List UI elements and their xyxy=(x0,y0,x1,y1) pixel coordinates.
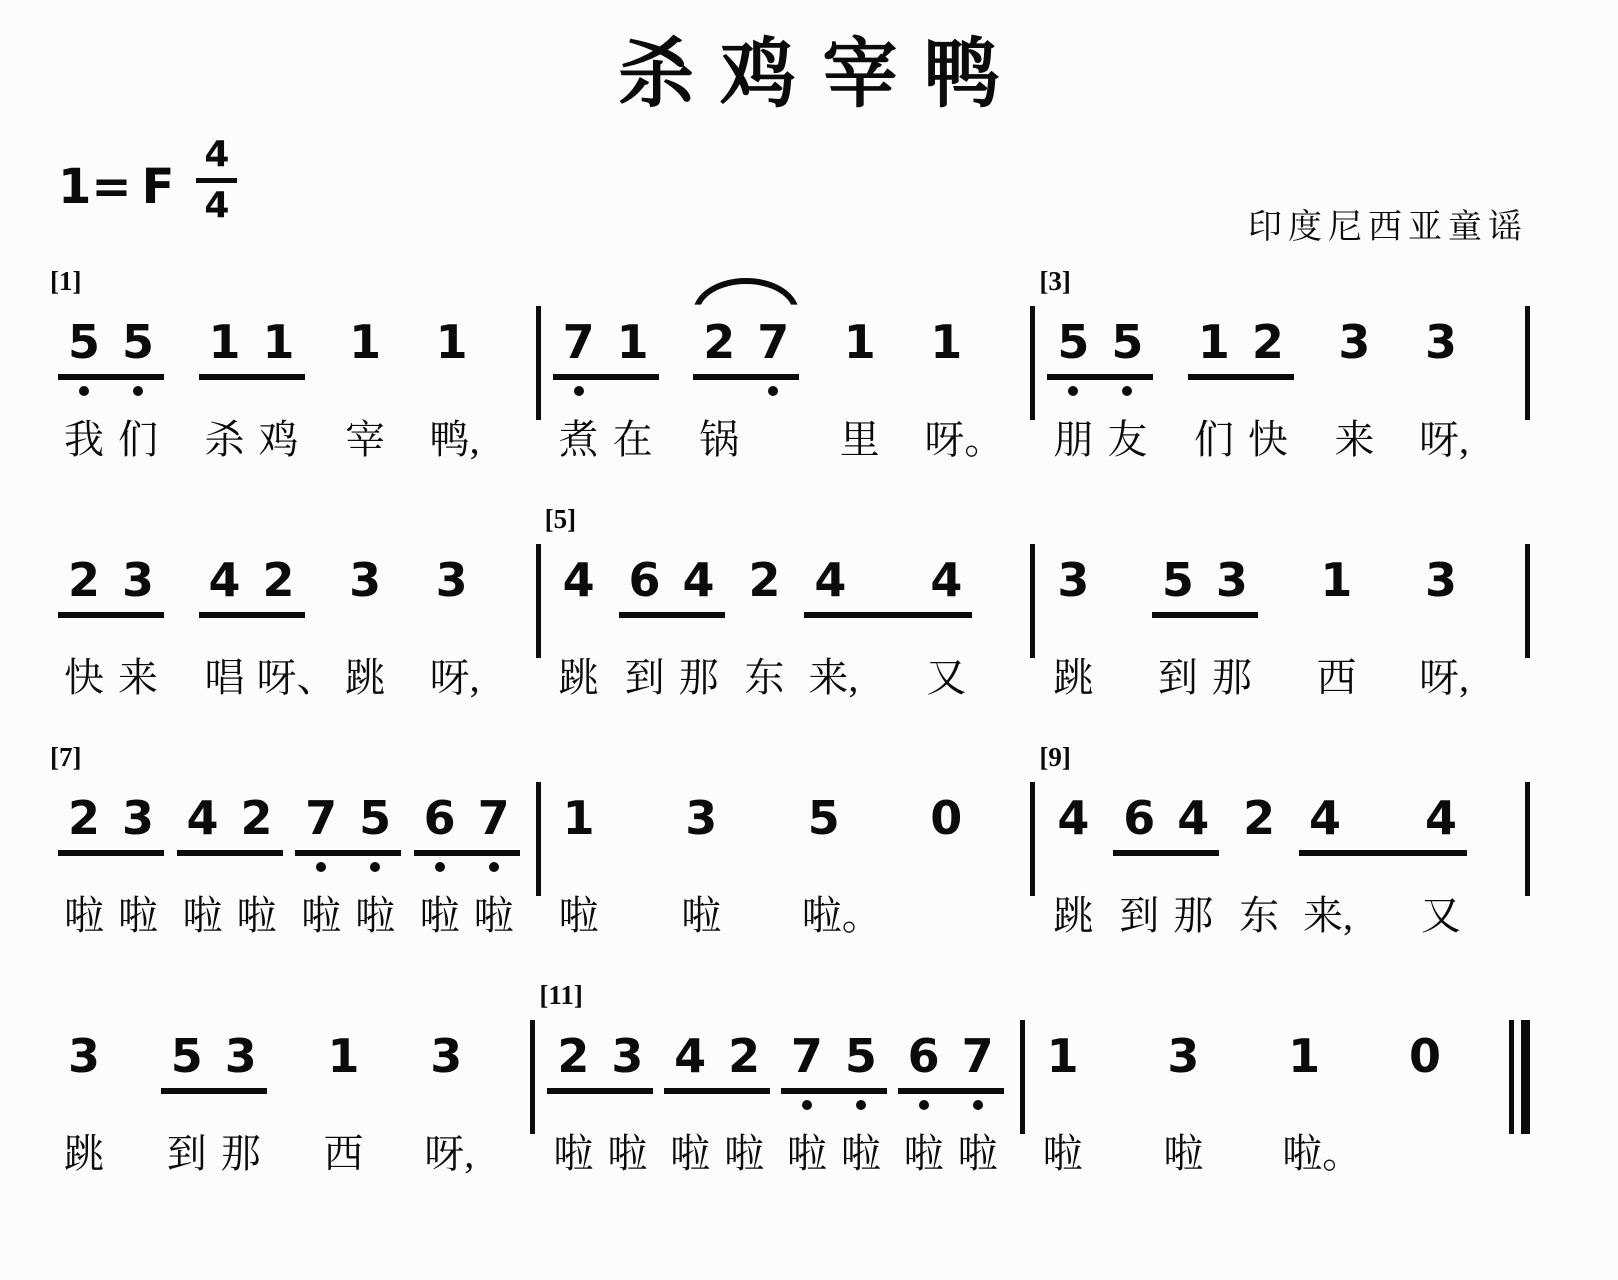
measure-number-marker: [1] xyxy=(46,264,536,314)
octave-dot-slot xyxy=(62,380,106,398)
note-unit: 23啦啦 xyxy=(547,1028,653,1182)
octave-dots-row xyxy=(1415,618,1467,636)
lyric-syllable xyxy=(924,892,968,944)
octave-dots-row xyxy=(1047,856,1099,874)
note-digit: 5 xyxy=(802,790,846,846)
note-digit: 2 xyxy=(722,1028,766,1084)
lyrics-row: 呀。 xyxy=(920,416,972,468)
measure-notes-row: 23啦啦42啦啦75啦啦67啦啦 xyxy=(46,790,536,944)
beamed-note-group: 67 xyxy=(898,1028,1004,1094)
note-unit: 1啦 xyxy=(1037,1028,1089,1182)
octave-dot-slot xyxy=(1041,1094,1085,1112)
octave-dots-row xyxy=(1047,618,1099,636)
lyrics-row: 西 xyxy=(1310,654,1362,706)
lyric-syllable: 东 xyxy=(742,654,786,706)
measure-number-marker: [9] xyxy=(1035,740,1525,790)
lyric-syllable: 啦 xyxy=(839,1130,883,1182)
lyrics-row: 啦 xyxy=(553,892,605,944)
octave-dot-slot xyxy=(1332,380,1376,398)
lyric-syllable: 杀 xyxy=(203,416,247,468)
note-digit: 0 xyxy=(1403,1028,1447,1084)
octave-dot-slot xyxy=(235,856,279,874)
final-barline xyxy=(1509,1020,1530,1134)
note-digit: 3 xyxy=(116,552,160,608)
note-digit: 3 xyxy=(219,1028,263,1084)
note-digit: 4 xyxy=(677,552,721,608)
note-group: 3 xyxy=(1328,314,1380,380)
octave-dot-slot xyxy=(679,856,723,874)
note-unit: 4跳 xyxy=(1047,790,1099,944)
note-digit: 6 xyxy=(902,1028,946,1084)
note-group: 1 xyxy=(834,314,886,380)
song-title: 杀鸡宰鸭 xyxy=(0,26,1618,122)
octave-dot-slot xyxy=(838,380,882,398)
octave-dot xyxy=(973,1100,983,1110)
octave-dots-row xyxy=(1415,380,1467,398)
lyric-syllable: 呀、 xyxy=(257,654,301,706)
note-digit: 5 xyxy=(62,314,106,370)
beamed-note-group: 64 xyxy=(1113,790,1219,856)
beamed-note-group: 42 xyxy=(199,552,305,618)
lyrics-row: 啦 xyxy=(1037,1130,1089,1182)
octave-dot xyxy=(370,862,380,872)
lyric-syllable: 来 xyxy=(116,654,160,706)
octave-dot-slot xyxy=(181,856,225,874)
octave-dot-slot xyxy=(697,380,741,398)
note-unit: 53到那 xyxy=(1152,552,1258,706)
lyrics-row: 呀, xyxy=(1415,416,1467,468)
lyrics-row xyxy=(920,892,972,944)
octave-dots-row xyxy=(1157,1094,1209,1112)
lyrics-row: 啦 xyxy=(1157,1130,1209,1182)
octave-dot-slot xyxy=(1237,856,1281,874)
note-group: 3 xyxy=(426,552,478,618)
note-unit: 2东 xyxy=(738,552,790,706)
measure-notes-row: 4跳64到那2东44来,又 xyxy=(1035,790,1525,944)
note-unit: 1西 xyxy=(1310,552,1362,706)
lyrics-row: 到那 xyxy=(161,1130,267,1182)
lyric-syllable: 啦 xyxy=(353,892,397,944)
lyrics-row: 啦啦 xyxy=(58,892,164,944)
measure: 1啦3啦1啦。0 xyxy=(1025,978,1509,1182)
octave-dot-slot xyxy=(1419,856,1463,874)
octave-dots-row xyxy=(1047,380,1153,398)
octave-dot-slot xyxy=(322,1094,366,1112)
octave-dot-slot xyxy=(839,1094,883,1112)
note-unit: 3跳 xyxy=(1047,552,1099,706)
note-digit: 4 xyxy=(1419,790,1463,846)
lyric-syllable: 啦 xyxy=(181,892,225,944)
note-unit: 42啦啦 xyxy=(177,790,283,944)
octave-dot-slot xyxy=(257,618,301,636)
lyrics-row: 啦啦 xyxy=(781,1130,887,1182)
notation-system: 3跳53到那1西3呀,[11]23啦啦42啦啦75啦啦67啦啦1啦3啦1啦。0 xyxy=(46,978,1530,1182)
note-unit: 64到那 xyxy=(1113,790,1219,944)
octave-dot-slot xyxy=(1051,856,1095,874)
note-unit: 1里 xyxy=(834,314,886,468)
note-digit: 6 xyxy=(1117,790,1161,846)
note-group: 2 xyxy=(738,552,790,618)
measure: [3]55朋友12们快3来3呀, xyxy=(1035,264,1525,468)
measure-notes-row: 3跳53到那1西3呀, xyxy=(46,1028,530,1182)
octave-dots-row xyxy=(58,1094,110,1112)
lyrics-row: 到那 xyxy=(1113,892,1219,944)
note-digit: 7 xyxy=(299,790,343,846)
octave-dot-slot xyxy=(1161,1094,1205,1112)
meter-numerator: 4 xyxy=(196,134,237,183)
octave-dots-row xyxy=(339,380,391,398)
octave-dots-row xyxy=(1299,856,1467,874)
octave-dot-slot xyxy=(418,856,462,874)
measure-notes-row: 1啦3啦1啦。0 xyxy=(1025,1028,1509,1182)
octave-dot-slot xyxy=(1192,380,1236,398)
octave-dot-slot xyxy=(62,1094,106,1112)
octave-dot-slot xyxy=(924,618,968,636)
measure-number-marker xyxy=(541,740,1031,790)
octave-dots-row xyxy=(1233,856,1285,874)
note-group: 3 xyxy=(420,1028,472,1094)
lyric-syllable: 到 xyxy=(1117,892,1161,944)
note-unit: 3跳 xyxy=(58,1028,110,1182)
octave-dot xyxy=(1068,386,1078,396)
measure-notes-row: 55我们11杀鸡1宰1鸭, xyxy=(46,314,536,468)
octave-dot-slot xyxy=(1303,856,1347,874)
note-unit: 27锅 xyxy=(693,314,799,468)
octave-dots-row xyxy=(804,618,972,636)
final-barline-thick xyxy=(1521,1020,1530,1134)
note-digit: 2 xyxy=(1237,790,1281,846)
octave-dots-row xyxy=(1399,1094,1451,1112)
measure: [9]4跳64到那2东44来,又 xyxy=(1035,740,1525,944)
measure: 3跳53到那1西3呀, xyxy=(1035,502,1525,706)
octave-dot-slot xyxy=(299,856,343,874)
barline xyxy=(1525,782,1530,896)
octave-dot-slot xyxy=(611,380,655,398)
beamed-note-group: 67 xyxy=(414,790,520,856)
octave-dot-slot xyxy=(722,1094,766,1112)
note-digit: 3 xyxy=(679,790,723,846)
octave-dots-row xyxy=(1037,1094,1089,1112)
lyrics-row: 锅 xyxy=(693,416,799,468)
octave-dot-slot xyxy=(116,618,160,636)
lyric-syllable: 东 xyxy=(1237,892,1281,944)
lyric-syllable: 那 xyxy=(677,654,721,706)
lyric-syllable: 又 xyxy=(924,654,968,706)
octave-dots-row xyxy=(898,1094,1004,1112)
note-unit: 23啦啦 xyxy=(58,790,164,944)
note-digit: 4 xyxy=(557,552,601,608)
note-digit: 1 xyxy=(1041,1028,1085,1084)
octave-dots-row xyxy=(1328,380,1380,398)
note-digit: 5 xyxy=(165,1028,209,1084)
octave-dot xyxy=(133,386,143,396)
octave-dot-slot xyxy=(605,1094,649,1112)
octave-dots-row xyxy=(295,856,401,874)
measure-notes-row: 1啦3啦5啦。0 xyxy=(541,790,1031,944)
note-digit: 7 xyxy=(557,314,601,370)
note-digit: 1 xyxy=(257,314,301,370)
note-group: 0 xyxy=(1399,1028,1451,1094)
octave-dot-slot xyxy=(257,380,301,398)
octave-dot-slot xyxy=(623,618,667,636)
measure-number-marker xyxy=(46,502,536,552)
lyrics-row: 啦 xyxy=(675,892,727,944)
lyrics-row: 跳 xyxy=(339,654,391,706)
octave-dots-row xyxy=(318,1094,370,1112)
note-digit: 1 xyxy=(343,314,387,370)
note-unit: 1西 xyxy=(318,1028,370,1182)
lyrics-row: 啦啦 xyxy=(547,1130,653,1182)
note-digit: 4 xyxy=(808,552,852,608)
lyric-syllable: 跳 xyxy=(1051,654,1095,706)
measure: [7]23啦啦42啦啦75啦啦67啦啦 xyxy=(46,740,536,944)
note-group: 1 xyxy=(1037,1028,1089,1094)
measure-number-marker: [7] xyxy=(46,740,536,790)
measure-notes-row: 71煮在27锅1里1呀。 xyxy=(541,314,1031,468)
note-unit: 2东 xyxy=(1233,790,1285,944)
octave-dot-slot xyxy=(902,1094,946,1112)
lyrics-row: 到那 xyxy=(1152,654,1258,706)
note-unit: 53到那 xyxy=(161,1028,267,1182)
lyrics-row: 们快 xyxy=(1188,416,1294,468)
note-digit: 3 xyxy=(1051,552,1095,608)
note-group: 3 xyxy=(1047,552,1099,618)
note-digit: 1 xyxy=(557,790,601,846)
note-unit: 1啦 xyxy=(553,790,605,944)
lyric-syllable: 友 xyxy=(1105,416,1149,468)
lyric-syllable: 那 xyxy=(219,1130,263,1182)
octave-dot-slot xyxy=(1051,618,1095,636)
lyrics-row: 杀鸡 xyxy=(199,416,305,468)
lyric-syllable: 那 xyxy=(1210,654,1254,706)
lyric-syllable: 在 xyxy=(611,416,655,468)
octave-dots-row xyxy=(58,380,164,398)
measure: 3跳53到那1西3呀, xyxy=(46,978,530,1182)
octave-dots-row xyxy=(339,618,391,636)
octave-dots-row xyxy=(553,618,605,636)
octave-dot-slot xyxy=(668,1094,712,1112)
note-group: 1 xyxy=(318,1028,370,1094)
lyric-syllable: 唱 xyxy=(203,654,247,706)
octave-dot-slot xyxy=(677,618,721,636)
note-digit: 4 xyxy=(1051,790,1095,846)
lyric-syllable: 快 xyxy=(1246,416,1290,468)
octave-dot xyxy=(316,862,326,872)
note-group: 1 xyxy=(920,314,972,380)
lyric-syllable xyxy=(751,416,795,468)
note-digit: 4 xyxy=(181,790,225,846)
octave-dot-slot xyxy=(802,856,846,874)
note-group: 3 xyxy=(1415,314,1467,380)
note-digit: 5 xyxy=(1051,314,1095,370)
note-digit: 3 xyxy=(1419,314,1463,370)
octave-dots-row xyxy=(834,380,886,398)
barline xyxy=(1525,544,1530,658)
octave-dot-slot xyxy=(557,380,601,398)
lyric-syllable: 跳 xyxy=(557,654,601,706)
note-digit: 2 xyxy=(551,1028,595,1084)
note-digit: 5 xyxy=(839,1028,883,1084)
octave-dot-slot xyxy=(1403,1094,1447,1112)
octave-dots-row xyxy=(738,618,790,636)
note-unit: 5啦。 xyxy=(798,790,850,944)
measure-notes-row: 23快来42唱呀、3跳3呀, xyxy=(46,552,536,706)
beamed-note-group: 23 xyxy=(547,1028,653,1094)
octave-dot-slot xyxy=(1419,618,1463,636)
octave-dot-slot xyxy=(343,618,387,636)
lyric-syllable: 又 xyxy=(1419,892,1463,944)
note-unit: 3呀, xyxy=(420,1028,472,1182)
lyric-syllable: 啦 xyxy=(299,892,343,944)
note-unit: 3呀, xyxy=(1415,314,1467,468)
note-digit: 4 xyxy=(203,552,247,608)
note-group: 4 xyxy=(553,552,605,618)
lyrics-row xyxy=(1399,1130,1451,1182)
octave-dot-slot xyxy=(557,856,601,874)
lyrics-row: 呀, xyxy=(426,654,478,706)
note-group: 4 xyxy=(1047,790,1099,856)
lyrics-row: 鸭, xyxy=(426,416,478,468)
note-digit: 2 xyxy=(235,790,279,846)
note-group: 3 xyxy=(1415,552,1467,618)
beamed-note-group: 75 xyxy=(295,790,401,856)
octave-dots-row xyxy=(199,380,305,398)
octave-dots-row xyxy=(798,856,850,874)
octave-dot-slot xyxy=(1117,856,1161,874)
octave-dots-row xyxy=(58,856,164,874)
time-signature: 4 4 xyxy=(196,134,237,227)
octave-dots-row xyxy=(664,1094,770,1112)
lyric-syllable: 啦 xyxy=(551,1130,595,1182)
lyric-syllable: 啦 xyxy=(472,892,516,944)
note-digit: 1 xyxy=(838,314,882,370)
lyric-syllable: 啦。 xyxy=(802,892,846,944)
octave-dots-row xyxy=(420,1094,472,1112)
note-digit: 2 xyxy=(62,790,106,846)
lyric-syllable: 啦 xyxy=(62,892,106,944)
beamed-note-group: 23 xyxy=(58,552,164,618)
note-unit: 44来,又 xyxy=(804,552,972,706)
octave-dot-slot xyxy=(343,380,387,398)
note-group: 0 xyxy=(920,790,972,856)
measure-number-marker: [11] xyxy=(535,978,1019,1028)
note-digit: 3 xyxy=(605,1028,649,1084)
measure-number-marker: [3] xyxy=(1035,264,1525,314)
lyrics-row: 唱呀、 xyxy=(199,654,305,706)
lyric-syllable: 朋 xyxy=(1051,416,1095,468)
lyric-syllable: 呀, xyxy=(424,1130,468,1182)
lyric-syllable: 啦 xyxy=(956,1130,1000,1182)
notation-system: 23快来42唱呀、3跳3呀,[5]4跳64到那2东44来,又3跳53到那1西3呀… xyxy=(46,502,1530,706)
lyric-syllable: 们 xyxy=(116,416,160,468)
octave-dot-slot xyxy=(924,856,968,874)
lyric-syllable: 西 xyxy=(322,1130,366,1182)
lyrics-row: 呀, xyxy=(420,1130,472,1182)
octave-dot-slot xyxy=(203,618,247,636)
measure-notes-row: 55朋友12们快3来3呀, xyxy=(1035,314,1525,468)
octave-dot-slot xyxy=(1314,618,1358,636)
octave-dots-row xyxy=(177,856,283,874)
note-unit: 12们快 xyxy=(1188,314,1294,468)
octave-dot-slot xyxy=(165,1094,209,1112)
attribution: 印度尼西亚童谣 xyxy=(1248,208,1528,248)
lyric-syllable xyxy=(1403,1130,1447,1182)
key-prefix: 1= xyxy=(58,160,132,214)
octave-dots-row xyxy=(1188,380,1294,398)
octave-dot-slot xyxy=(551,1094,595,1112)
lyrics-row: 啦。 xyxy=(798,892,850,944)
beamed-note-group: 44 xyxy=(1299,790,1467,856)
note-digit: 1 xyxy=(1314,552,1358,608)
note-digit: 3 xyxy=(343,552,387,608)
lyric-syllable: 那 xyxy=(1171,892,1215,944)
lyric-syllable: 啦 xyxy=(785,1130,829,1182)
beamed-note-group: 42 xyxy=(664,1028,770,1094)
beamed-note-group: 23 xyxy=(58,790,164,856)
octave-dot xyxy=(856,1100,866,1110)
octave-dots-row xyxy=(920,380,972,398)
note-group: 2 xyxy=(1233,790,1285,856)
lyric-syllable: 我 xyxy=(62,416,106,468)
note-unit: 23快来 xyxy=(58,552,164,706)
lyric-syllable: 锅 xyxy=(697,416,741,468)
note-digit: 4 xyxy=(924,552,968,608)
octave-dot-slot xyxy=(219,1094,263,1112)
measure-notes-row: 3跳53到那1西3呀, xyxy=(1035,552,1525,706)
octave-dots-row xyxy=(199,618,305,636)
note-digit: 5 xyxy=(1105,314,1149,370)
note-group: 3 xyxy=(675,790,727,856)
octave-dots-row xyxy=(920,856,972,874)
note-digit: 1 xyxy=(203,314,247,370)
lyric-syllable: 煮 xyxy=(557,416,601,468)
lyric-syllable: 啦 xyxy=(1041,1130,1085,1182)
octave-dot-slot xyxy=(116,380,160,398)
octave-dot-slot xyxy=(956,1094,1000,1112)
octave-dot-slot xyxy=(1105,380,1149,398)
octave-dot xyxy=(802,1100,812,1110)
measure-notes-row: 23啦啦42啦啦75啦啦67啦啦 xyxy=(535,1028,1019,1182)
lyrics-row: 我们 xyxy=(58,416,164,468)
octave-dot xyxy=(489,862,499,872)
octave-dot-slot xyxy=(430,380,474,398)
octave-dots-row xyxy=(58,618,164,636)
octave-dots-row xyxy=(1152,618,1258,636)
octave-dot xyxy=(79,386,89,396)
lyrics-row: 啦啦 xyxy=(295,892,401,944)
notation-system: [7]23啦啦42啦啦75啦啦67啦啦1啦3啦5啦。0[9]4跳64到那2东44… xyxy=(46,740,1530,944)
note-digit: 2 xyxy=(257,552,301,608)
measure: [5]4跳64到那2东44来,又 xyxy=(541,502,1031,706)
octave-dots-row xyxy=(414,856,520,874)
note-unit: 71煮在 xyxy=(553,314,659,468)
measure-number-marker xyxy=(46,978,530,1028)
octave-dots-row xyxy=(693,380,799,398)
lyric-syllable: 跳 xyxy=(343,654,387,706)
lyric-syllable: 来, xyxy=(808,654,852,706)
note-digit: 7 xyxy=(956,1028,1000,1084)
octave-dot xyxy=(768,386,778,396)
note-group: 5 xyxy=(798,790,850,856)
lyric-syllable: 啦 xyxy=(668,1130,712,1182)
lyrics-row: 呀, xyxy=(1415,654,1467,706)
note-unit: 42啦啦 xyxy=(664,1028,770,1182)
beamed-note-group: 55 xyxy=(1047,314,1153,380)
beamed-note-group: 11 xyxy=(199,314,305,380)
measure-number-marker: [5] xyxy=(541,502,1031,552)
note-digit: 2 xyxy=(697,314,741,370)
octave-dots-row xyxy=(781,1094,887,1112)
